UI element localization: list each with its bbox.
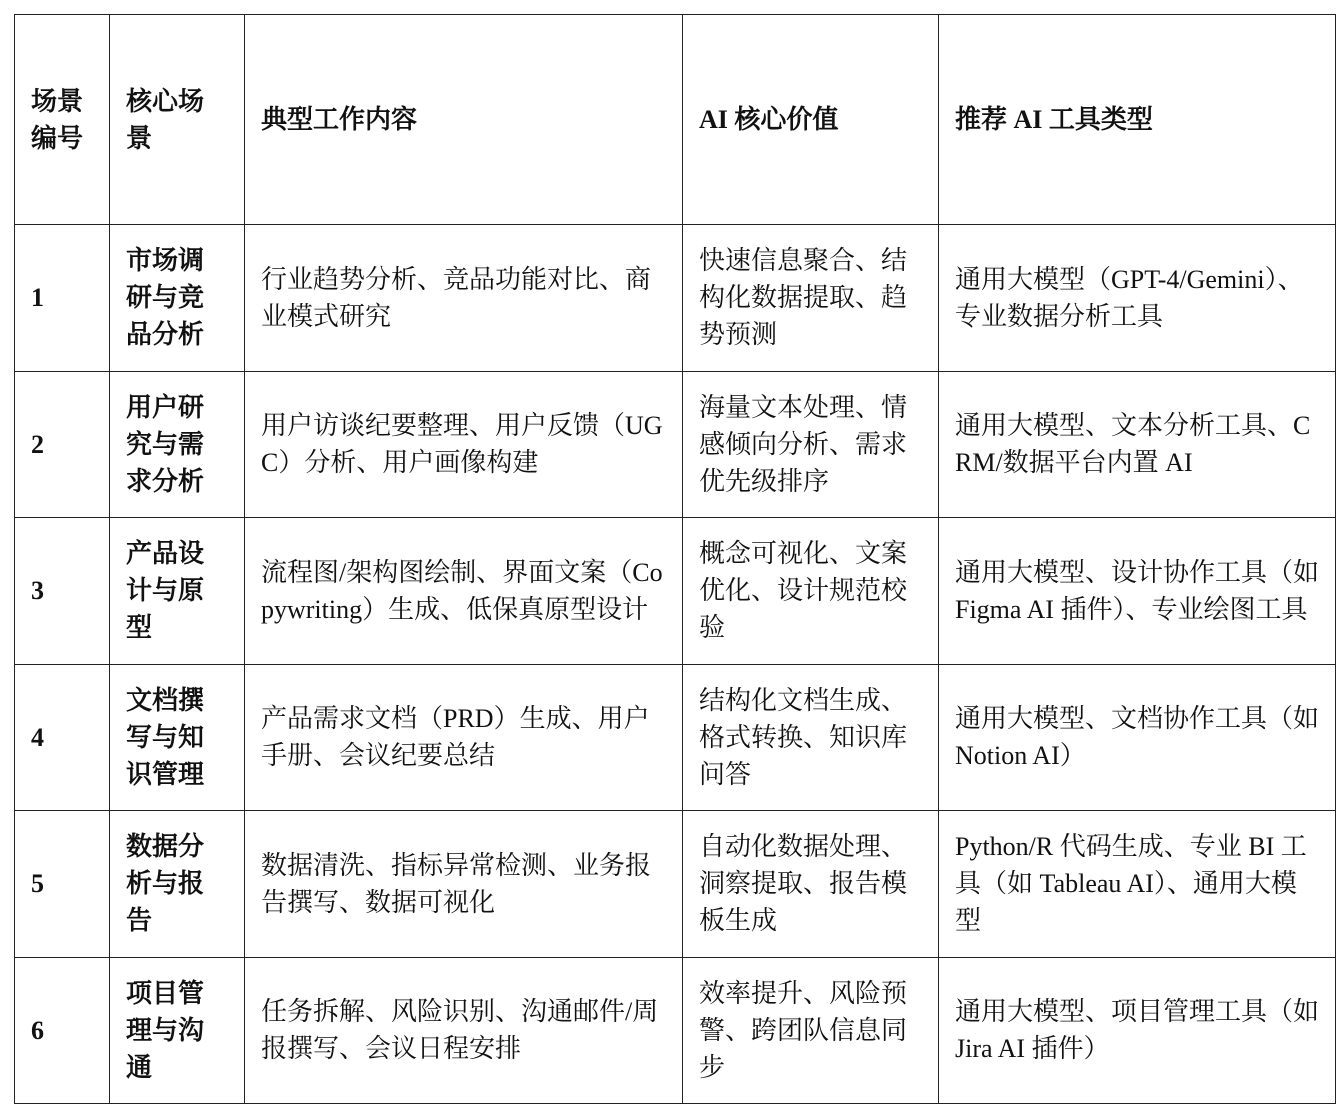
table-row: 5 数据分析与报告 数据清洗、指标异常检测、业务报告撰写、数据可视化 自动化数据… — [15, 811, 1336, 958]
cell-typical-work: 用户访谈纪要整理、用户反馈（UGC）分析、用户画像构建 — [245, 371, 683, 518]
ai-scenario-table: 场景编号 核心场景 典型工作内容 AI 核心价值 推荐 AI 工具类型 1 市场… — [14, 14, 1336, 1104]
cell-recommended-tools: 通用大模型、项目管理工具（如 Jira AI 插件） — [939, 957, 1336, 1104]
table-row: 2 用户研究与需求分析 用户访谈纪要整理、用户反馈（UGC）分析、用户画像构建 … — [15, 371, 1336, 518]
cell-recommended-tools: 通用大模型、文本分析工具、CRM/数据平台内置 AI — [939, 371, 1336, 518]
cell-ai-core-value: 效率提升、风险预警、跨团队信息同步 — [683, 957, 939, 1104]
header-recommended-tools: 推荐 AI 工具类型 — [939, 15, 1336, 225]
cell-core-scenario: 文档撰写与知识管理 — [110, 664, 245, 811]
header-scenario-number: 场景编号 — [15, 15, 110, 225]
cell-typical-work: 数据清洗、指标异常检测、业务报告撰写、数据可视化 — [245, 811, 683, 958]
cell-core-scenario: 用户研究与需求分析 — [110, 371, 245, 518]
cell-scenario-number: 4 — [15, 664, 110, 811]
table-row: 6 项目管理与沟通 任务拆解、风险识别、沟通邮件/周报撰写、会议日程安排 效率提… — [15, 957, 1336, 1104]
header-ai-core-value: AI 核心价值 — [683, 15, 939, 225]
table-row: 1 市场调研与竞品分析 行业趋势分析、竞品功能对比、商业模式研究 快速信息聚合、… — [15, 225, 1336, 372]
cell-typical-work: 任务拆解、风险识别、沟通邮件/周报撰写、会议日程安排 — [245, 957, 683, 1104]
header-core-scenario: 核心场景 — [110, 15, 245, 225]
cell-scenario-number: 2 — [15, 371, 110, 518]
cell-scenario-number: 5 — [15, 811, 110, 958]
cell-recommended-tools: 通用大模型（GPT-4/Gemini）、专业数据分析工具 — [939, 225, 1336, 372]
cell-typical-work: 流程图/架构图绘制、界面文案（Copywriting）生成、低保真原型设计 — [245, 518, 683, 665]
cell-typical-work: 产品需求文档（PRD）生成、用户手册、会议纪要总结 — [245, 664, 683, 811]
cell-core-scenario: 产品设计与原型 — [110, 518, 245, 665]
cell-ai-core-value: 快速信息聚合、结构化数据提取、趋势预测 — [683, 225, 939, 372]
table-row: 3 产品设计与原型 流程图/架构图绘制、界面文案（Copywriting）生成、… — [15, 518, 1336, 665]
cell-ai-core-value: 结构化文档生成、格式转换、知识库问答 — [683, 664, 939, 811]
cell-ai-core-value: 自动化数据处理、洞察提取、报告模板生成 — [683, 811, 939, 958]
cell-scenario-number: 1 — [15, 225, 110, 372]
header-typical-work: 典型工作内容 — [245, 15, 683, 225]
cell-recommended-tools: 通用大模型、文档协作工具（如 Notion AI） — [939, 664, 1336, 811]
cell-core-scenario: 市场调研与竞品分析 — [110, 225, 245, 372]
cell-core-scenario: 项目管理与沟通 — [110, 957, 245, 1104]
table-row: 4 文档撰写与知识管理 产品需求文档（PRD）生成、用户手册、会议纪要总结 结构… — [15, 664, 1336, 811]
cell-ai-core-value: 概念可视化、文案优化、设计规范校验 — [683, 518, 939, 665]
cell-core-scenario: 数据分析与报告 — [110, 811, 245, 958]
cell-scenario-number: 3 — [15, 518, 110, 665]
cell-recommended-tools: 通用大模型、设计协作工具（如 Figma AI 插件）、专业绘图工具 — [939, 518, 1336, 665]
cell-scenario-number: 6 — [15, 957, 110, 1104]
table-header-row: 场景编号 核心场景 典型工作内容 AI 核心价值 推荐 AI 工具类型 — [15, 15, 1336, 225]
cell-ai-core-value: 海量文本处理、情感倾向分析、需求优先级排序 — [683, 371, 939, 518]
cell-typical-work: 行业趋势分析、竞品功能对比、商业模式研究 — [245, 225, 683, 372]
cell-recommended-tools: Python/R 代码生成、专业 BI 工具（如 Tableau AI）、通用大… — [939, 811, 1336, 958]
